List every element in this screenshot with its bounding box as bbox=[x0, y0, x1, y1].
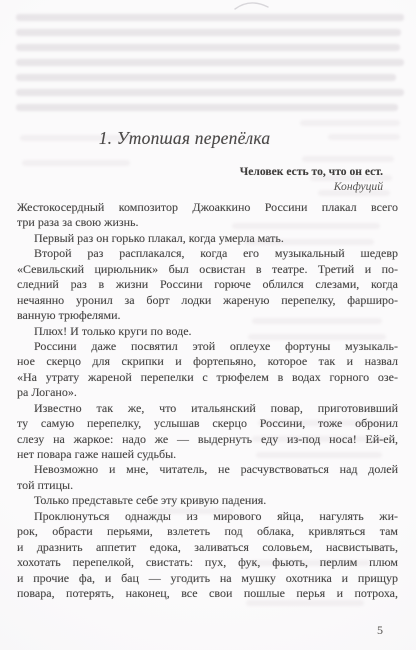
ghost-text-line bbox=[300, 120, 400, 126]
body-line: ту самую перепелку, услышав скерцо Росси… bbox=[17, 416, 398, 431]
body-line: хохотать перепелкой, свистать: пух, фук,… bbox=[17, 555, 398, 570]
ghost-text-line bbox=[16, 89, 404, 96]
body-line: ное скерцо для скрипки и фортепьяно, кот… bbox=[17, 354, 398, 369]
body-line: рок, обрасти перьями, взлететь под облак… bbox=[17, 524, 398, 539]
ghost-text-line bbox=[22, 160, 130, 166]
page-crease-mark bbox=[234, 1, 270, 13]
epigraph: Человек есть то, что он ест. Конфуций bbox=[240, 164, 383, 194]
body-line: Известно так же, что итальянский повар, … bbox=[17, 401, 398, 416]
body-line: Только представьте себе эту кривую паден… bbox=[17, 493, 398, 508]
ghost-text-line bbox=[16, 29, 401, 36]
book-page: 1. Утопшая перепёлка Человек есть то, чт… bbox=[0, 0, 416, 650]
ghost-text-line bbox=[16, 74, 396, 81]
ghost-text-line bbox=[302, 156, 394, 162]
ghost-text-line bbox=[16, 59, 404, 66]
chapter-title: 1. Утопшая перепёлка bbox=[17, 128, 398, 149]
epigraph-text: Человек есть то, что он ест. bbox=[240, 164, 383, 179]
body-line: нечаянно уронил за борт лодки жареную пе… bbox=[17, 293, 398, 308]
body-text: Жестокосердный композитор Джоаккино Росс… bbox=[17, 200, 398, 601]
body-line: и прочие фа, и бац — угодить на мушку ох… bbox=[17, 571, 398, 586]
body-line: Проклюнуться однажды из мирового яйца, н… bbox=[17, 509, 398, 524]
body-line: ра Логано». bbox=[17, 385, 398, 400]
body-line: «На утрату жареной перепелки с трюфелем … bbox=[17, 370, 398, 385]
epigraph-author: Конфуций bbox=[240, 179, 383, 194]
body-line: ванную трюфелями. bbox=[17, 308, 398, 323]
body-line: Россини даже посвятил этой оплеухе форту… bbox=[17, 339, 398, 354]
body-line: «Севильский цирюльник» был освистан в те… bbox=[17, 262, 398, 277]
body-line: Невозможно и мне, читатель, не расчувств… bbox=[17, 462, 398, 477]
body-line: Второй раз расплакался, когда его музыка… bbox=[17, 246, 398, 261]
body-line: той птицы. bbox=[17, 478, 398, 493]
body-line: повара, потерять, наконец, все свои пошл… bbox=[17, 586, 398, 601]
body-line: Первый раз он горько плакал, когда умерл… bbox=[17, 231, 398, 246]
ghost-text-line bbox=[16, 104, 398, 111]
page-number: 5 bbox=[377, 623, 383, 638]
body-line: и дразнить аппетит едока, заливаться сол… bbox=[17, 540, 398, 555]
body-line: слезу на жаркое: надо же — выдернуть еду… bbox=[17, 432, 398, 447]
ghost-text-line bbox=[16, 14, 404, 21]
body-line: нет повара гаже нашей судьбы. bbox=[17, 447, 398, 462]
body-line: следний раз в жизни Россини горюче облил… bbox=[17, 277, 398, 292]
body-line: Жестокосердный композитор Джоаккино Росс… bbox=[17, 200, 398, 215]
body-line: три раза за свою жизнь. bbox=[17, 215, 398, 230]
ghost-text-line bbox=[16, 44, 400, 51]
body-line: Плюх! И только круги по воде. bbox=[17, 324, 398, 339]
